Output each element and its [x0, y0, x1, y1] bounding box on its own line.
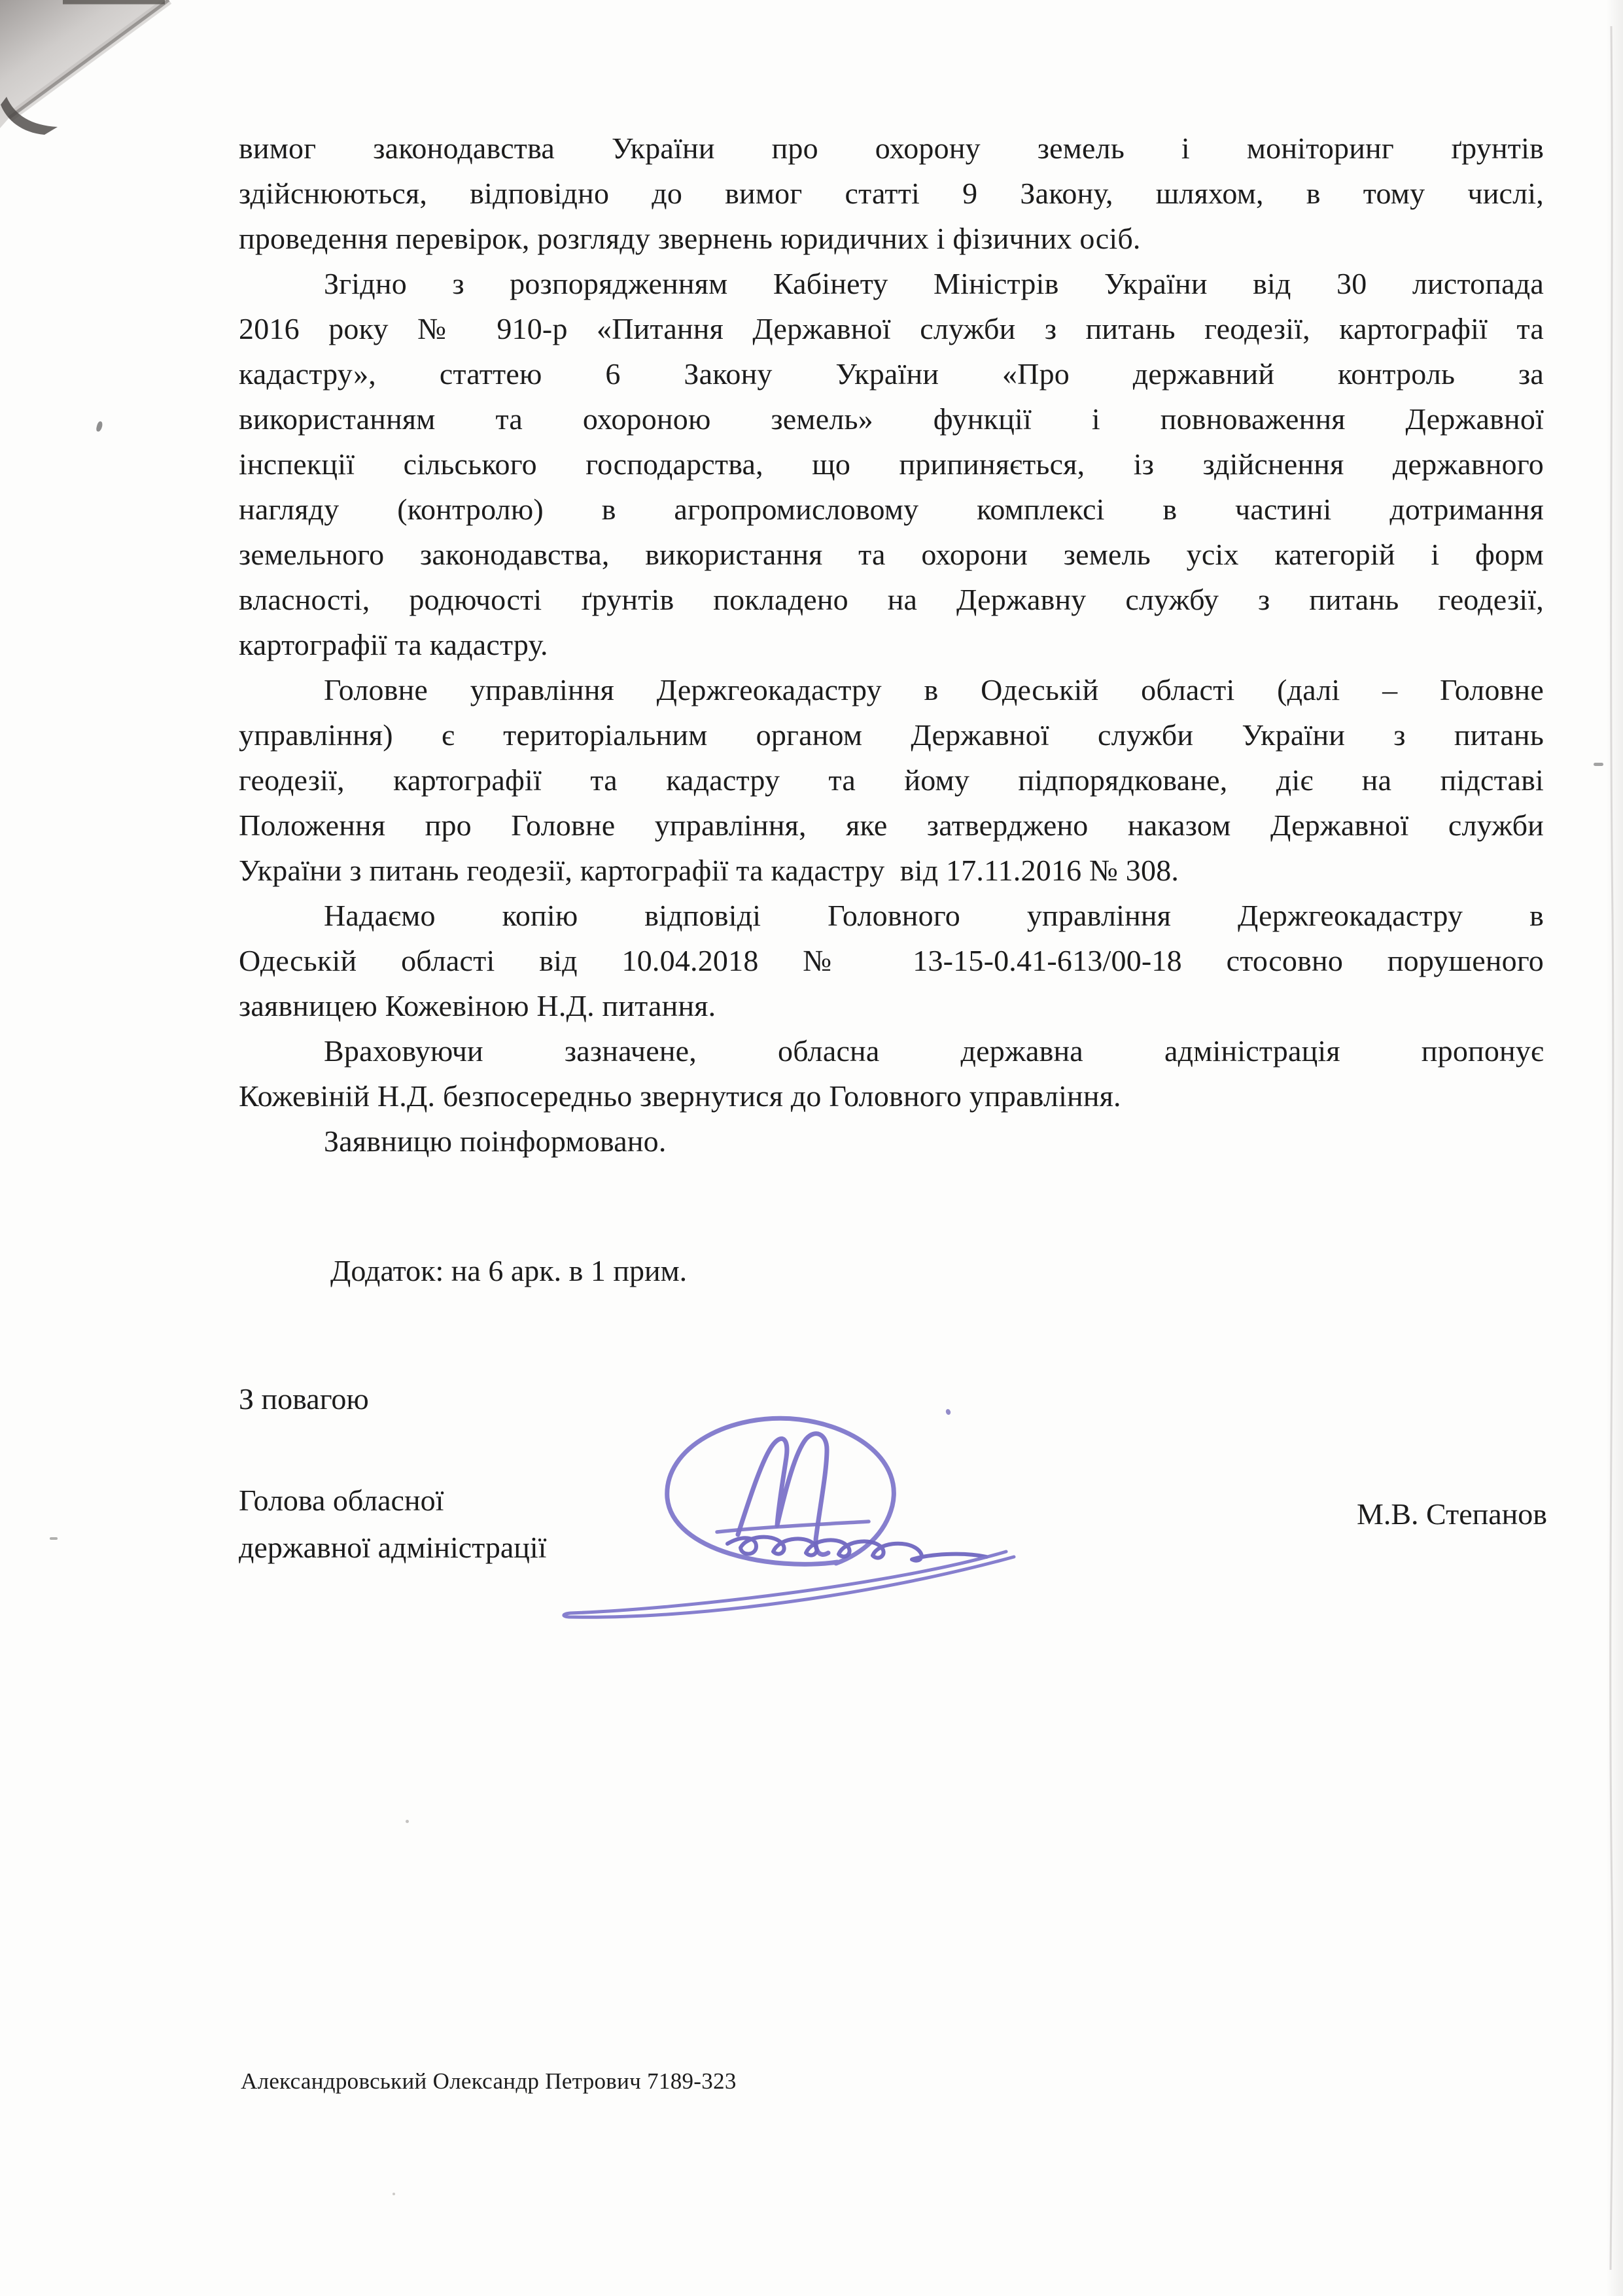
text-line: Кожевіній Н.Д. безпосередньо звернутися …	[239, 1073, 1544, 1119]
paragraph: Враховуючи зазначене, обласна державна а…	[239, 1028, 1544, 1119]
text-line: 2016 року № 910-р «Питання Державної слу…	[239, 306, 1544, 351]
letter-body: вимог законодавства України про охорону …	[239, 126, 1544, 1164]
text-line: геодезії, картографії та кадастру та йом…	[239, 757, 1544, 803]
paragraph: вимог законодавства України про охорону …	[239, 126, 1544, 261]
text-line: земельного законодавства, використання т…	[239, 532, 1544, 577]
text-line: нагляду (контролю) в агропромисловому ко…	[239, 487, 1544, 532]
text-line: здійснюються, відповідно до вимог статті…	[239, 171, 1544, 216]
attachment-note: Додаток: на 6 арк. в 1 прим.	[239, 1253, 1544, 1288]
signer-title-line2: державної адміністрації	[239, 1524, 546, 1571]
scan-edge-line	[1597, 0, 1623, 2296]
text-line: кадастру», статтею 6 Закону України «Про…	[239, 351, 1544, 396]
signer-title: Голова обласної державної адміністрації	[239, 1477, 546, 1571]
text-line: інспекції сільського господарства, що пр…	[239, 442, 1544, 487]
salutation: З повагою	[239, 1382, 369, 1416]
paragraph: Заявницю поінформовано.	[239, 1119, 1544, 1164]
text-line: власності, родючості ґрунтів покладено н…	[239, 577, 1544, 622]
text-line: Заявницю поінформовано.	[239, 1119, 1544, 1164]
text-line: використанням та охороною земель» функці…	[239, 396, 1544, 442]
text-line: України з питань геодезії, картографії т…	[239, 848, 1544, 893]
text-line: Надаємо копію відповіді Головного управл…	[239, 893, 1544, 938]
text-line: управління) є територіальним органом Дер…	[239, 712, 1544, 757]
text-line: заявницею Кожевіною Н.Д. питання.	[239, 983, 1544, 1028]
folded-corner-artifact	[0, 0, 177, 141]
text-line: Згідно з розпорядженням Кабінету Міністр…	[239, 261, 1544, 306]
text-line: Одеській області від 10.04.2018 № 13-15-…	[239, 938, 1544, 983]
executor-footer: Александровський Олександр Петрович 7189…	[241, 2068, 737, 2095]
scan-speck	[1594, 763, 1603, 766]
signer-title-line1: Голова обласної	[239, 1477, 546, 1524]
handwritten-signature	[556, 1406, 1021, 1622]
scan-speck	[393, 2193, 395, 2195]
text-line: Головне управління Держгеокадастру в Оде…	[239, 667, 1544, 712]
paragraph: Надаємо копію відповіді Головного управл…	[239, 893, 1544, 1028]
text-line: проведення перевірок, розгляду звернень …	[239, 216, 1544, 261]
paragraph: Згідно з розпорядженням Кабінету Міністр…	[239, 261, 1544, 667]
signer-name: М.В. Степанов	[1357, 1497, 1547, 1531]
scan-speck	[406, 1820, 409, 1823]
scan-speck	[50, 1537, 58, 1540]
text-line: картографії та кадастру.	[239, 622, 1544, 667]
scan-speck	[96, 421, 103, 432]
text-line: вимог законодавства України про охорону …	[239, 126, 1544, 171]
paragraph: Головне управління Держгеокадастру в Оде…	[239, 667, 1544, 893]
scanned-letter-page: вимог законодавства України про охорону …	[0, 0, 1623, 2296]
text-line: Положення про Головне управління, яке за…	[239, 803, 1544, 848]
text-line: Враховуючи зазначене, обласна державна а…	[239, 1028, 1544, 1073]
